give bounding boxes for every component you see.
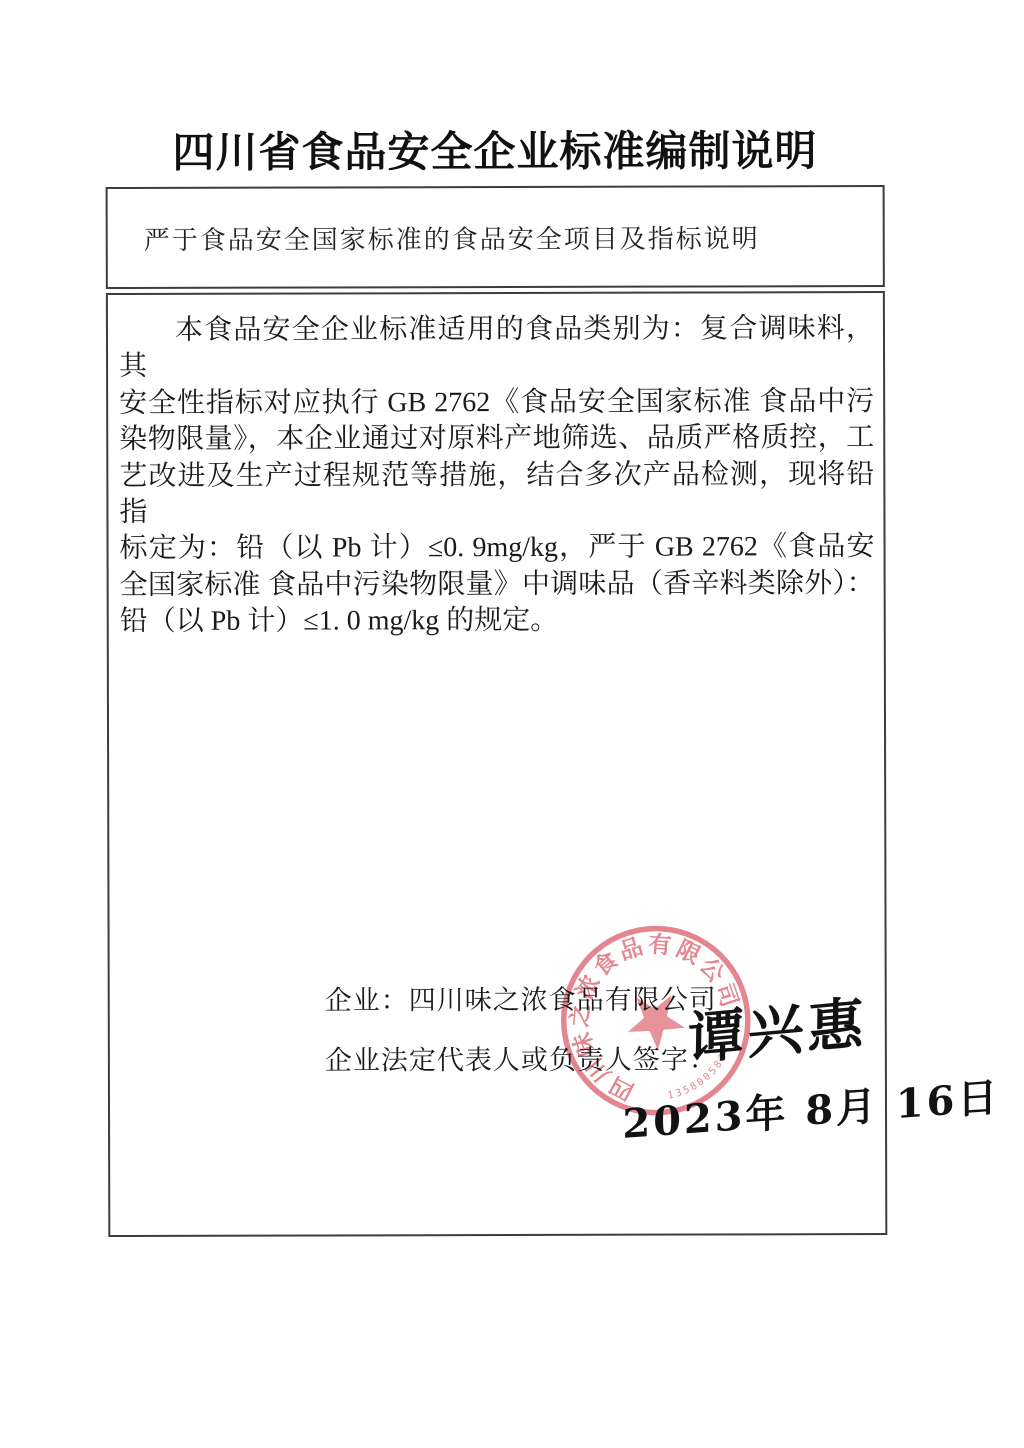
section-heading: 严于食品安全国家标准的食品安全项目及指标说明 (108, 218, 760, 257)
document-title: 四川省食品安全企业标准编制说明 (105, 127, 884, 177)
handwritten-signature: 谭兴惠 (688, 979, 868, 1076)
section-heading-box: 严于食品安全国家标准的食品安全项目及指标说明 (106, 185, 885, 289)
body-line: 铅（以 Pb 计）≤1. 0 mg/kg 的规定。 (120, 602, 875, 640)
scanned-sheet: 四川省食品安全企业标准编制说明 严于食品安全国家标准的食品安全项目及指标说明 本… (0, 0, 1024, 1448)
body-line: 本食品安全企业标准适用的食品类别为：复合调味料，其 (119, 311, 874, 386)
body-line: 艺改进及生产过程规范等措施，结合多次产品检测，现将铅指 (119, 457, 874, 532)
body-line: 全国家标准 食品中污染物限量》中调味品（香辛料类除外）： (120, 566, 875, 604)
signature-label: 企业法定代表人或负责人签字： (325, 1037, 717, 1077)
body-line: 染物限量》，本企业通过对原料产地筛选、品质严格质控，工 (119, 420, 874, 458)
body-paragraph: 本食品安全企业标准适用的食品类别为：复合调味料，其 安全性指标对应执行 GB 2… (119, 311, 875, 641)
document-page: 四川省食品安全企业标准编制说明 严于食品安全国家标准的食品安全项目及指标说明 本… (0, 0, 1024, 1448)
document-body-box: 本食品安全企业标准适用的食品类别为：复合调味料，其 安全性指标对应执行 GB 2… (106, 291, 887, 1237)
company-line: 企业：四川味之浓食品有限公司 (325, 977, 717, 1017)
body-line: 标定为：铅（以 Pb 计）≤0. 9mg/kg，严于 GB 2762《食品安 (119, 529, 874, 567)
body-line: 安全性指标对应执行 GB 2762《食品安全国家标准 食品中污 (119, 384, 874, 422)
